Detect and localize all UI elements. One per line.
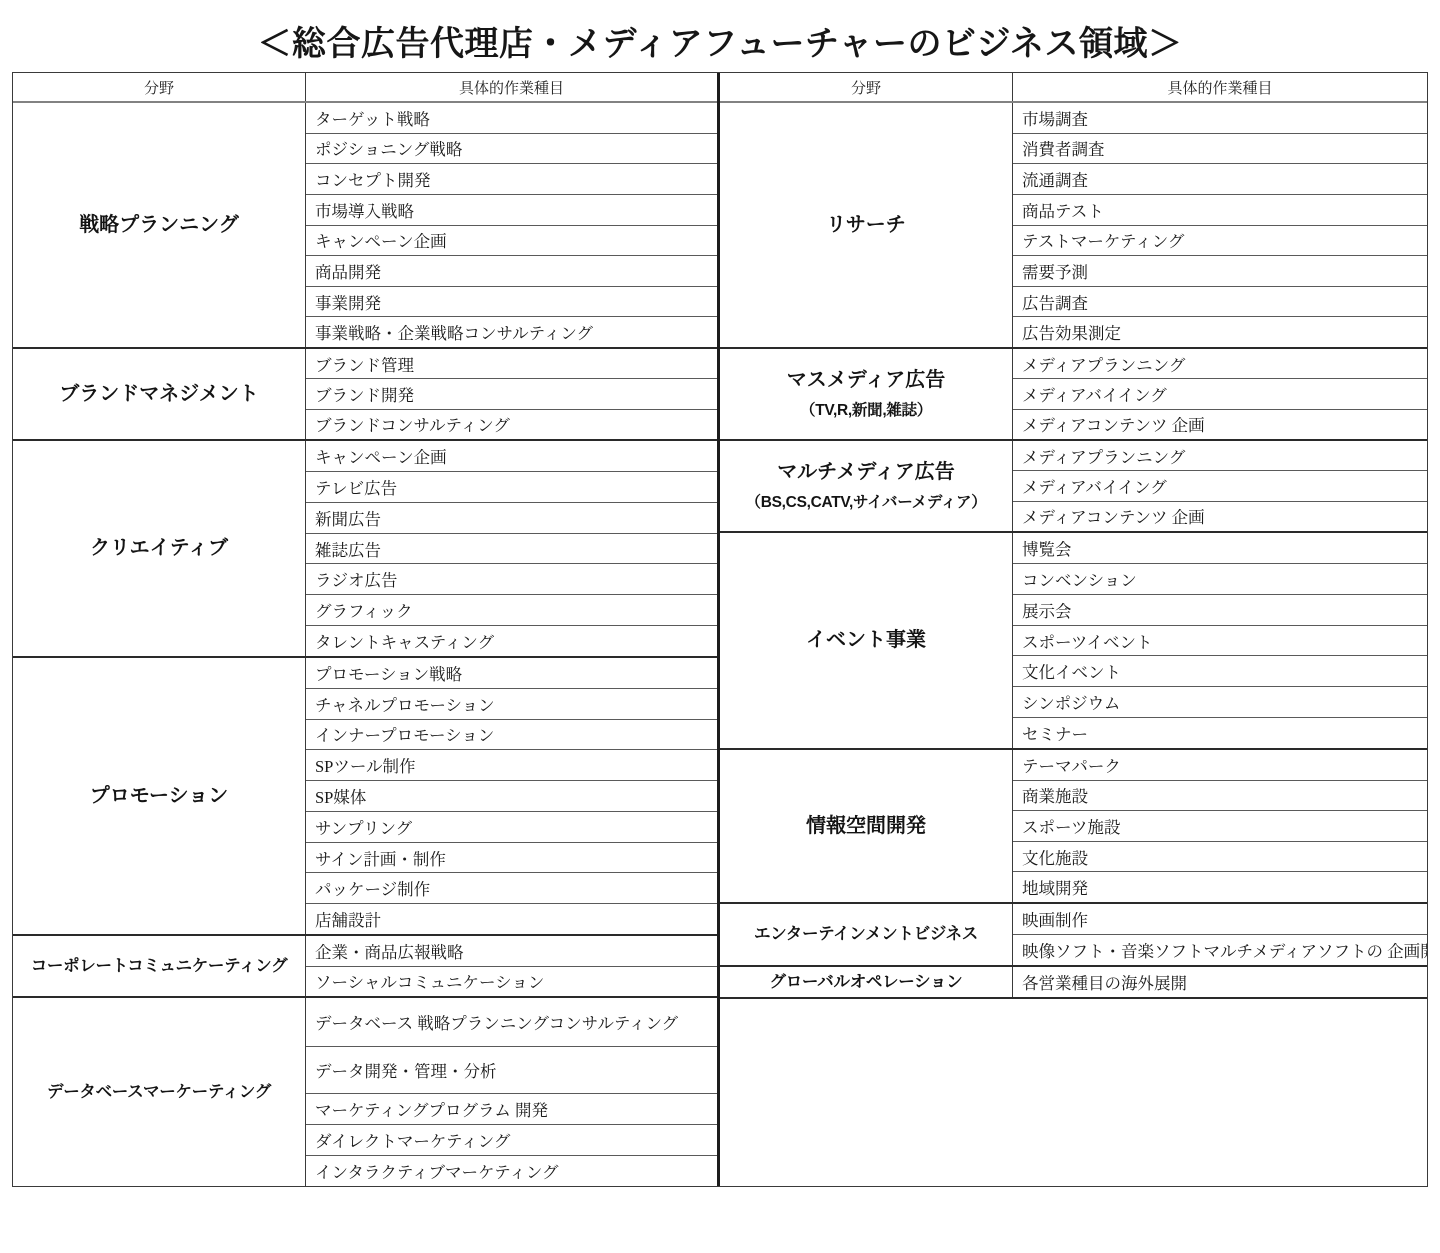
work-item: 事業開発 xyxy=(306,287,717,318)
work-item: SPツール制作 xyxy=(306,750,717,781)
work-item: ブランド開発 xyxy=(306,379,717,409)
category-cell: 情報空間開発 xyxy=(720,750,1013,902)
work-item: 事業戦略・企業戦略コンサルティング xyxy=(306,317,717,347)
category-name: データベースマーケーティング xyxy=(47,1082,271,1103)
work-item: セミナー xyxy=(1013,718,1427,748)
work-item: 市場調査 xyxy=(1013,103,1427,134)
category-name: コーポレートコミュニケーティング xyxy=(31,956,288,977)
work-item: 店舗設計 xyxy=(306,904,717,934)
work-item: キャンペーン企画 xyxy=(306,226,717,257)
category-name: ブランドマネジメント xyxy=(59,382,258,407)
panel-left: 分野 具体的作業種目 戦略プランニング ターゲット戦略 ポジショニング戦略 コン… xyxy=(13,73,720,1186)
work-item: プロモーション戦略 xyxy=(306,658,717,689)
work-item-list: プロモーション戦略 チャネルプロモーション インナープロモーション SPツール制… xyxy=(306,658,717,934)
page-title: ＜総合広告代理店・メディアフューチャーのビジネス領域＞ xyxy=(0,0,1440,62)
category-name: 戦略プランニング xyxy=(79,213,239,238)
work-item: 文化イベント xyxy=(1013,656,1427,687)
work-item: コンベンション xyxy=(1013,564,1427,595)
column-header-items: 具体的作業種目 xyxy=(1013,73,1427,101)
section-entertainment-business: エンターテインメントビジネス 映画制作 映像ソフト・音楽ソフトマルチメディアソフ… xyxy=(720,904,1427,967)
category-cell: グローバルオペレーション xyxy=(720,967,1013,997)
work-item-list: メディアプランニング メディアバイイング メディアコンテンツ 企画 xyxy=(1013,441,1427,531)
category-cell: ブランドマネジメント xyxy=(13,349,306,439)
work-item: 広告調査 xyxy=(1013,287,1427,318)
column-header-field: 分野 xyxy=(13,73,306,101)
category-name: マスメディア広告 xyxy=(787,368,945,393)
section-strategy-planning: 戦略プランニング ターゲット戦略 ポジショニング戦略 コンセプト開発 市場導入戦… xyxy=(13,103,717,349)
work-item: 雑誌広告 xyxy=(306,534,717,565)
category-name: エンターテインメントビジネス xyxy=(754,924,978,945)
work-item: 広告効果測定 xyxy=(1013,317,1427,347)
work-item: メディアバイイング xyxy=(1013,471,1427,501)
work-item: 映像ソフト・音楽ソフトマルチメディアソフトの 企画開発 xyxy=(1013,935,1427,965)
work-item: 企業・商品広報戦略 xyxy=(306,936,717,967)
work-item: 各営業種目の海外展開 xyxy=(1013,967,1427,997)
work-item: インタラクティブマーケティング xyxy=(306,1156,717,1186)
work-item: マーケティングプログラム 開発 xyxy=(306,1094,717,1125)
category-cell: マルチメディア広告 （BS,CS,CATV,サイバーメディア） xyxy=(720,441,1013,531)
work-item: メディアコンテンツ 企画 xyxy=(1013,502,1427,531)
work-item-list: キャンペーン企画 テレビ広告 新聞広告 雑誌広告 ラジオ広告 グラフィック タレ… xyxy=(306,441,717,656)
category-cell: マスメディア広告 （TV,R,新聞,雑誌） xyxy=(720,349,1013,439)
panel-right: 分野 具体的作業種目 リサーチ 市場調査 消費者調査 流通調査 商品テスト テス… xyxy=(720,73,1427,1186)
work-item-list: データベース 戦略プランニングコンサルティング データ開発・管理・分析 マーケテ… xyxy=(306,998,717,1186)
work-item: データベース 戦略プランニングコンサルティング xyxy=(306,998,717,1047)
work-item: コンセプト開発 xyxy=(306,164,717,195)
section-promotion: プロモーション プロモーション戦略 チャネルプロモーション インナープロモーショ… xyxy=(13,658,717,936)
work-item-list: ブランド管理 ブランド開発 ブランドコンサルティング xyxy=(306,349,717,439)
work-item: データ開発・管理・分析 xyxy=(306,1047,717,1094)
work-item: パッケージ制作 xyxy=(306,873,717,904)
work-item: ターゲット戦略 xyxy=(306,103,717,134)
category-name: クリエイティブ xyxy=(90,536,228,561)
section-research: リサーチ 市場調査 消費者調査 流通調査 商品テスト テストマーケティング 需要… xyxy=(720,103,1427,349)
work-item: 商業施設 xyxy=(1013,781,1427,812)
category-subtitle: （TV,R,新聞,雑誌） xyxy=(800,398,932,420)
work-item: ポジショニング戦略 xyxy=(306,134,717,165)
work-item: サイン計画・制作 xyxy=(306,843,717,874)
empty-cell xyxy=(720,999,1427,1186)
category-name: イベント事業 xyxy=(806,628,926,653)
work-item: メディアプランニング xyxy=(1013,441,1427,471)
work-item: 展示会 xyxy=(1013,595,1427,626)
column-header-field: 分野 xyxy=(720,73,1013,101)
work-item: サンプリング xyxy=(306,812,717,843)
work-item: インナープロモーション xyxy=(306,720,717,751)
business-domain-table: 分野 具体的作業種目 戦略プランニング ターゲット戦略 ポジショニング戦略 コン… xyxy=(12,72,1428,1187)
category-cell: プロモーション xyxy=(13,658,306,934)
header-row-right: 分野 具体的作業種目 xyxy=(720,73,1427,103)
work-item: ブランド管理 xyxy=(306,349,717,379)
work-item: スポーツ施設 xyxy=(1013,811,1427,842)
work-item: 地域開発 xyxy=(1013,872,1427,902)
column-header-items: 具体的作業種目 xyxy=(306,73,717,101)
section-info-space-development: 情報空間開発 テーマパーク 商業施設 スポーツ施設 文化施設 地域開発 xyxy=(720,750,1427,904)
work-item: メディアプランニング xyxy=(1013,349,1427,379)
category-name: プロモーション xyxy=(90,784,228,809)
category-name: リサーチ xyxy=(826,213,906,238)
category-cell: エンターテインメントビジネス xyxy=(720,904,1013,965)
section-database-marketing: データベースマーケーティング データベース 戦略プランニングコンサルティング デ… xyxy=(13,998,717,1186)
document-page: ＜総合広告代理店・メディアフューチャーのビジネス領域＞ 分野 具体的作業種目 戦… xyxy=(0,0,1440,1253)
work-item: 消費者調査 xyxy=(1013,134,1427,165)
work-item: キャンペーン企画 xyxy=(306,441,717,472)
category-cell: クリエイティブ xyxy=(13,441,306,656)
category-name: マルチメディア広告 xyxy=(777,460,955,485)
work-item: シンポジウム xyxy=(1013,687,1427,718)
work-item: テーマパーク xyxy=(1013,750,1427,781)
section-mass-media-ad: マスメディア広告 （TV,R,新聞,雑誌） メディアプランニング メディアバイイ… xyxy=(720,349,1427,441)
work-item: ブランドコンサルティング xyxy=(306,410,717,439)
work-item-list: ターゲット戦略 ポジショニング戦略 コンセプト開発 市場導入戦略 キャンペーン企… xyxy=(306,103,717,347)
work-item: テストマーケティング xyxy=(1013,226,1427,257)
work-item-list: 博覧会 コンベンション 展示会 スポーツイベント 文化イベント シンポジウム セ… xyxy=(1013,533,1427,748)
work-item: 博覧会 xyxy=(1013,533,1427,564)
section-corporate-communicating: コーポレートコミュニケーティング 企業・商品広報戦略 ソーシャルコミュニケーショ… xyxy=(13,936,717,998)
category-cell: コーポレートコミュニケーティング xyxy=(13,936,306,996)
section-multimedia-ad: マルチメディア広告 （BS,CS,CATV,サイバーメディア） メディアプランニ… xyxy=(720,441,1427,533)
work-item-list: テーマパーク 商業施設 スポーツ施設 文化施設 地域開発 xyxy=(1013,750,1427,902)
work-item: メディアコンテンツ 企画 xyxy=(1013,410,1427,439)
section-brand-management: ブランドマネジメント ブランド管理 ブランド開発 ブランドコンサルティング xyxy=(13,349,717,441)
section-creative: クリエイティブ キャンペーン企画 テレビ広告 新聞広告 雑誌広告 ラジオ広告 グ… xyxy=(13,441,717,658)
work-item: 映画制作 xyxy=(1013,904,1427,935)
work-item-list: 市場調査 消費者調査 流通調査 商品テスト テストマーケティング 需要予測 広告… xyxy=(1013,103,1427,347)
work-item: 文化施設 xyxy=(1013,842,1427,873)
work-item: SP媒体 xyxy=(306,781,717,812)
work-item: 商品テスト xyxy=(1013,195,1427,226)
category-name: 情報空間開発 xyxy=(806,814,926,839)
work-item-list: 映画制作 映像ソフト・音楽ソフトマルチメディアソフトの 企画開発 xyxy=(1013,904,1427,965)
work-item: タレントキャスティング xyxy=(306,626,717,656)
work-item: スポーツイベント xyxy=(1013,626,1427,657)
work-item-list: メディアプランニング メディアバイイング メディアコンテンツ 企画 xyxy=(1013,349,1427,439)
section-event-business: イベント事業 博覧会 コンベンション 展示会 スポーツイベント 文化イベント シ… xyxy=(720,533,1427,750)
work-item: チャネルプロモーション xyxy=(306,689,717,720)
work-item-list: 各営業種目の海外展開 xyxy=(1013,967,1427,997)
work-item: ダイレクトマーケティング xyxy=(306,1125,717,1156)
work-item: テレビ広告 xyxy=(306,472,717,503)
work-item: グラフィック xyxy=(306,595,717,626)
work-item: ラジオ広告 xyxy=(306,564,717,595)
category-cell: データベースマーケーティング xyxy=(13,998,306,1186)
work-item: メディアバイイング xyxy=(1013,379,1427,409)
category-cell: リサーチ xyxy=(720,103,1013,347)
category-cell: 戦略プランニング xyxy=(13,103,306,347)
work-item: 商品開発 xyxy=(306,256,717,287)
header-row-left: 分野 具体的作業種目 xyxy=(13,73,717,103)
category-subtitle: （BS,CS,CATV,サイバーメディア） xyxy=(746,490,987,512)
work-item: 新聞広告 xyxy=(306,503,717,534)
category-cell: イベント事業 xyxy=(720,533,1013,748)
work-item: ソーシャルコミュニケーション xyxy=(306,967,717,997)
work-item-list: 企業・商品広報戦略 ソーシャルコミュニケーション xyxy=(306,936,717,996)
work-item: 需要予測 xyxy=(1013,256,1427,287)
section-global-operation: グローバルオペレーション 各営業種目の海外展開 xyxy=(720,967,1427,999)
work-item: 流通調査 xyxy=(1013,164,1427,195)
work-item: 市場導入戦略 xyxy=(306,195,717,226)
category-name: グローバルオペレーション xyxy=(770,972,963,993)
